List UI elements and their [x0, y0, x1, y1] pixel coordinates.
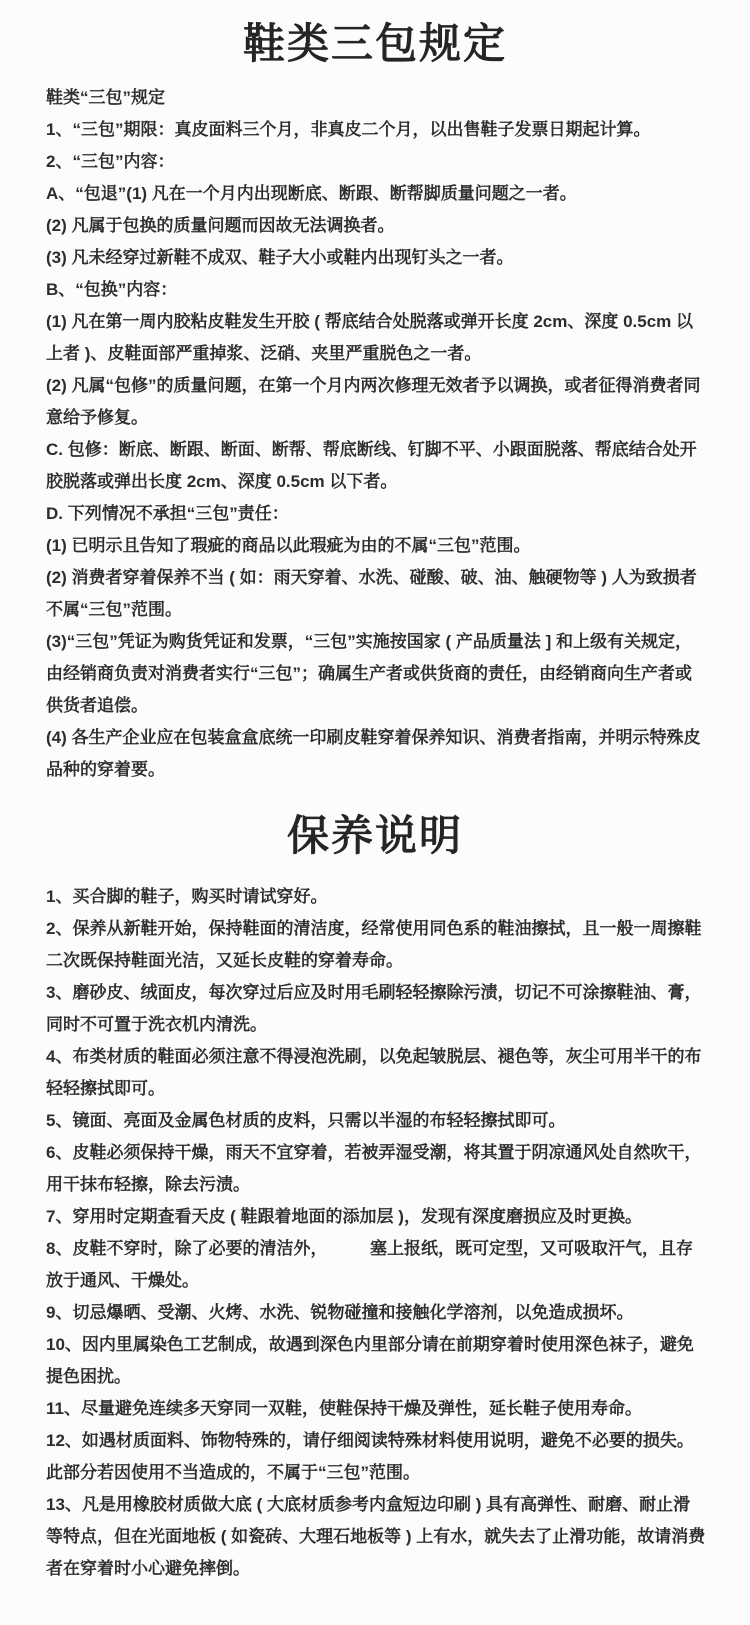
regulation-paragraph: D. 下列情况不承担“三包”责任： [46, 498, 706, 530]
care-paragraph: 12、如遇材质面料、饰物特殊的，请仔细阅读特殊材料使用说明，避免不必要的损失。此… [46, 1425, 706, 1489]
regulation-paragraph: (2) 凡属于包换的质量问题而因故无法调换者。 [46, 210, 706, 242]
regulation-paragraph: (2) 凡属“包修”的质量问题，在第一个月内两次修理无效者予以调换，或者征得消费… [46, 370, 706, 434]
care-title: 保养说明 [0, 812, 750, 860]
care-paragraph: 11、尽量避免连续多天穿同一双鞋，使鞋保持干燥及弹性，延长鞋子使用寿命。 [46, 1393, 706, 1425]
regulation-paragraph: B、“包换”内容： [46, 274, 706, 306]
care-paragraph: 4、布类材质的鞋面必须注意不得浸泡洗刷，以免起皱脱层、褪色等，灰尘可用半干的布轻… [46, 1041, 706, 1105]
care-paragraph: 13、凡是用橡胶材质做大底 ( 大底材质参考内盒短边印刷 ) 具有高弹性、耐磨、… [46, 1489, 706, 1585]
regulation-paragraph: (1) 凡在第一周内胶粘皮鞋发生开胶 ( 帮底结合处脱落或弹开长度 2cm、深度… [46, 306, 706, 370]
regulations-body: 鞋类“三包”规定1、“三包”期限：真皮面料三个月，非真皮二个月，以出售鞋子发票日… [0, 82, 750, 786]
care-paragraph: 10、因内里属染色工艺制成，故遇到深色内里部分请在前期穿着时使用深色袜子，避免提… [46, 1329, 706, 1393]
care-paragraph: 5、镜面、亮面及金属色材质的皮料，只需以半湿的布轻轻擦拭即可。 [46, 1105, 706, 1137]
regulation-paragraph: 鞋类“三包”规定 [46, 82, 706, 114]
warranty-care-document: 鞋类三包规定 鞋类“三包”规定1、“三包”期限：真皮面料三个月，非真皮二个月，以… [0, 0, 750, 1625]
care-paragraph: 1、买合脚的鞋子，购买时请试穿好。 [46, 881, 706, 913]
regulation-paragraph: (1) 已明示且告知了瑕疵的商品以此瑕疵为由的不属“三包”范围。 [46, 530, 706, 562]
care-paragraph: 9、切忌爆晒、受潮、火烤、水洗、锐物碰撞和接触化学溶剂，以免造成损坏。 [46, 1297, 706, 1329]
regulation-paragraph: (3)“三包”凭证为购货凭证和发票，“三包”实施按国家 ( 产品质量法 ] 和上… [46, 626, 706, 722]
regulation-paragraph: 2、“三包”内容： [46, 146, 706, 178]
care-paragraph: 8、皮鞋不穿时，除了必要的清洁外， 塞上报纸，既可定型，又可吸取汗气，且存放于通… [46, 1233, 706, 1297]
regulation-paragraph: (4) 各生产企业应在包装盒盒底统一印刷皮鞋穿着保养知识、消费者指南，并明示特殊… [46, 722, 706, 786]
care-paragraph: 7、穿用时定期查看天皮 ( 鞋跟着地面的添加层 )，发现有深度磨损应及时更换。 [46, 1201, 706, 1233]
regulations-title: 鞋类三包规定 [0, 0, 750, 68]
regulation-paragraph: C. 包修：断底、断跟、断面、断帮、帮底断线、钉脚不平、小跟面脱落、帮底结合处开… [46, 434, 706, 498]
care-paragraph: 2、保养从新鞋开始，保持鞋面的清洁度，经常使用同色系的鞋油擦拭，且一般一周擦鞋二… [46, 913, 706, 977]
regulation-paragraph: A、“包退”(1) 凡在一个月内出现断底、断跟、断帮脚质量问题之一者。 [46, 178, 706, 210]
regulation-paragraph: (2) 消费者穿着保养不当 ( 如：雨天穿着、水洗、碰酸、破、油、触硬物等 ) … [46, 562, 706, 626]
regulation-paragraph: 1、“三包”期限：真皮面料三个月，非真皮二个月，以出售鞋子发票日期起计算。 [46, 114, 706, 146]
regulation-paragraph: (3) 凡未经穿过新鞋不成双、鞋子大小或鞋内出现钉头之一者。 [46, 242, 706, 274]
care-paragraph: 6、皮鞋必须保持干燥，雨天不宜穿着，若被弄湿受潮，将其置于阴凉通风处自然吹干，用… [46, 1137, 706, 1201]
care-body: 1、买合脚的鞋子，购买时请试穿好。2、保养从新鞋开始，保持鞋面的清洁度，经常使用… [0, 881, 750, 1585]
care-paragraph: 3、磨砂皮、绒面皮，每次穿过后应及时用毛刷轻轻擦除污渍，切记不可涂擦鞋油、膏，同… [46, 977, 706, 1041]
